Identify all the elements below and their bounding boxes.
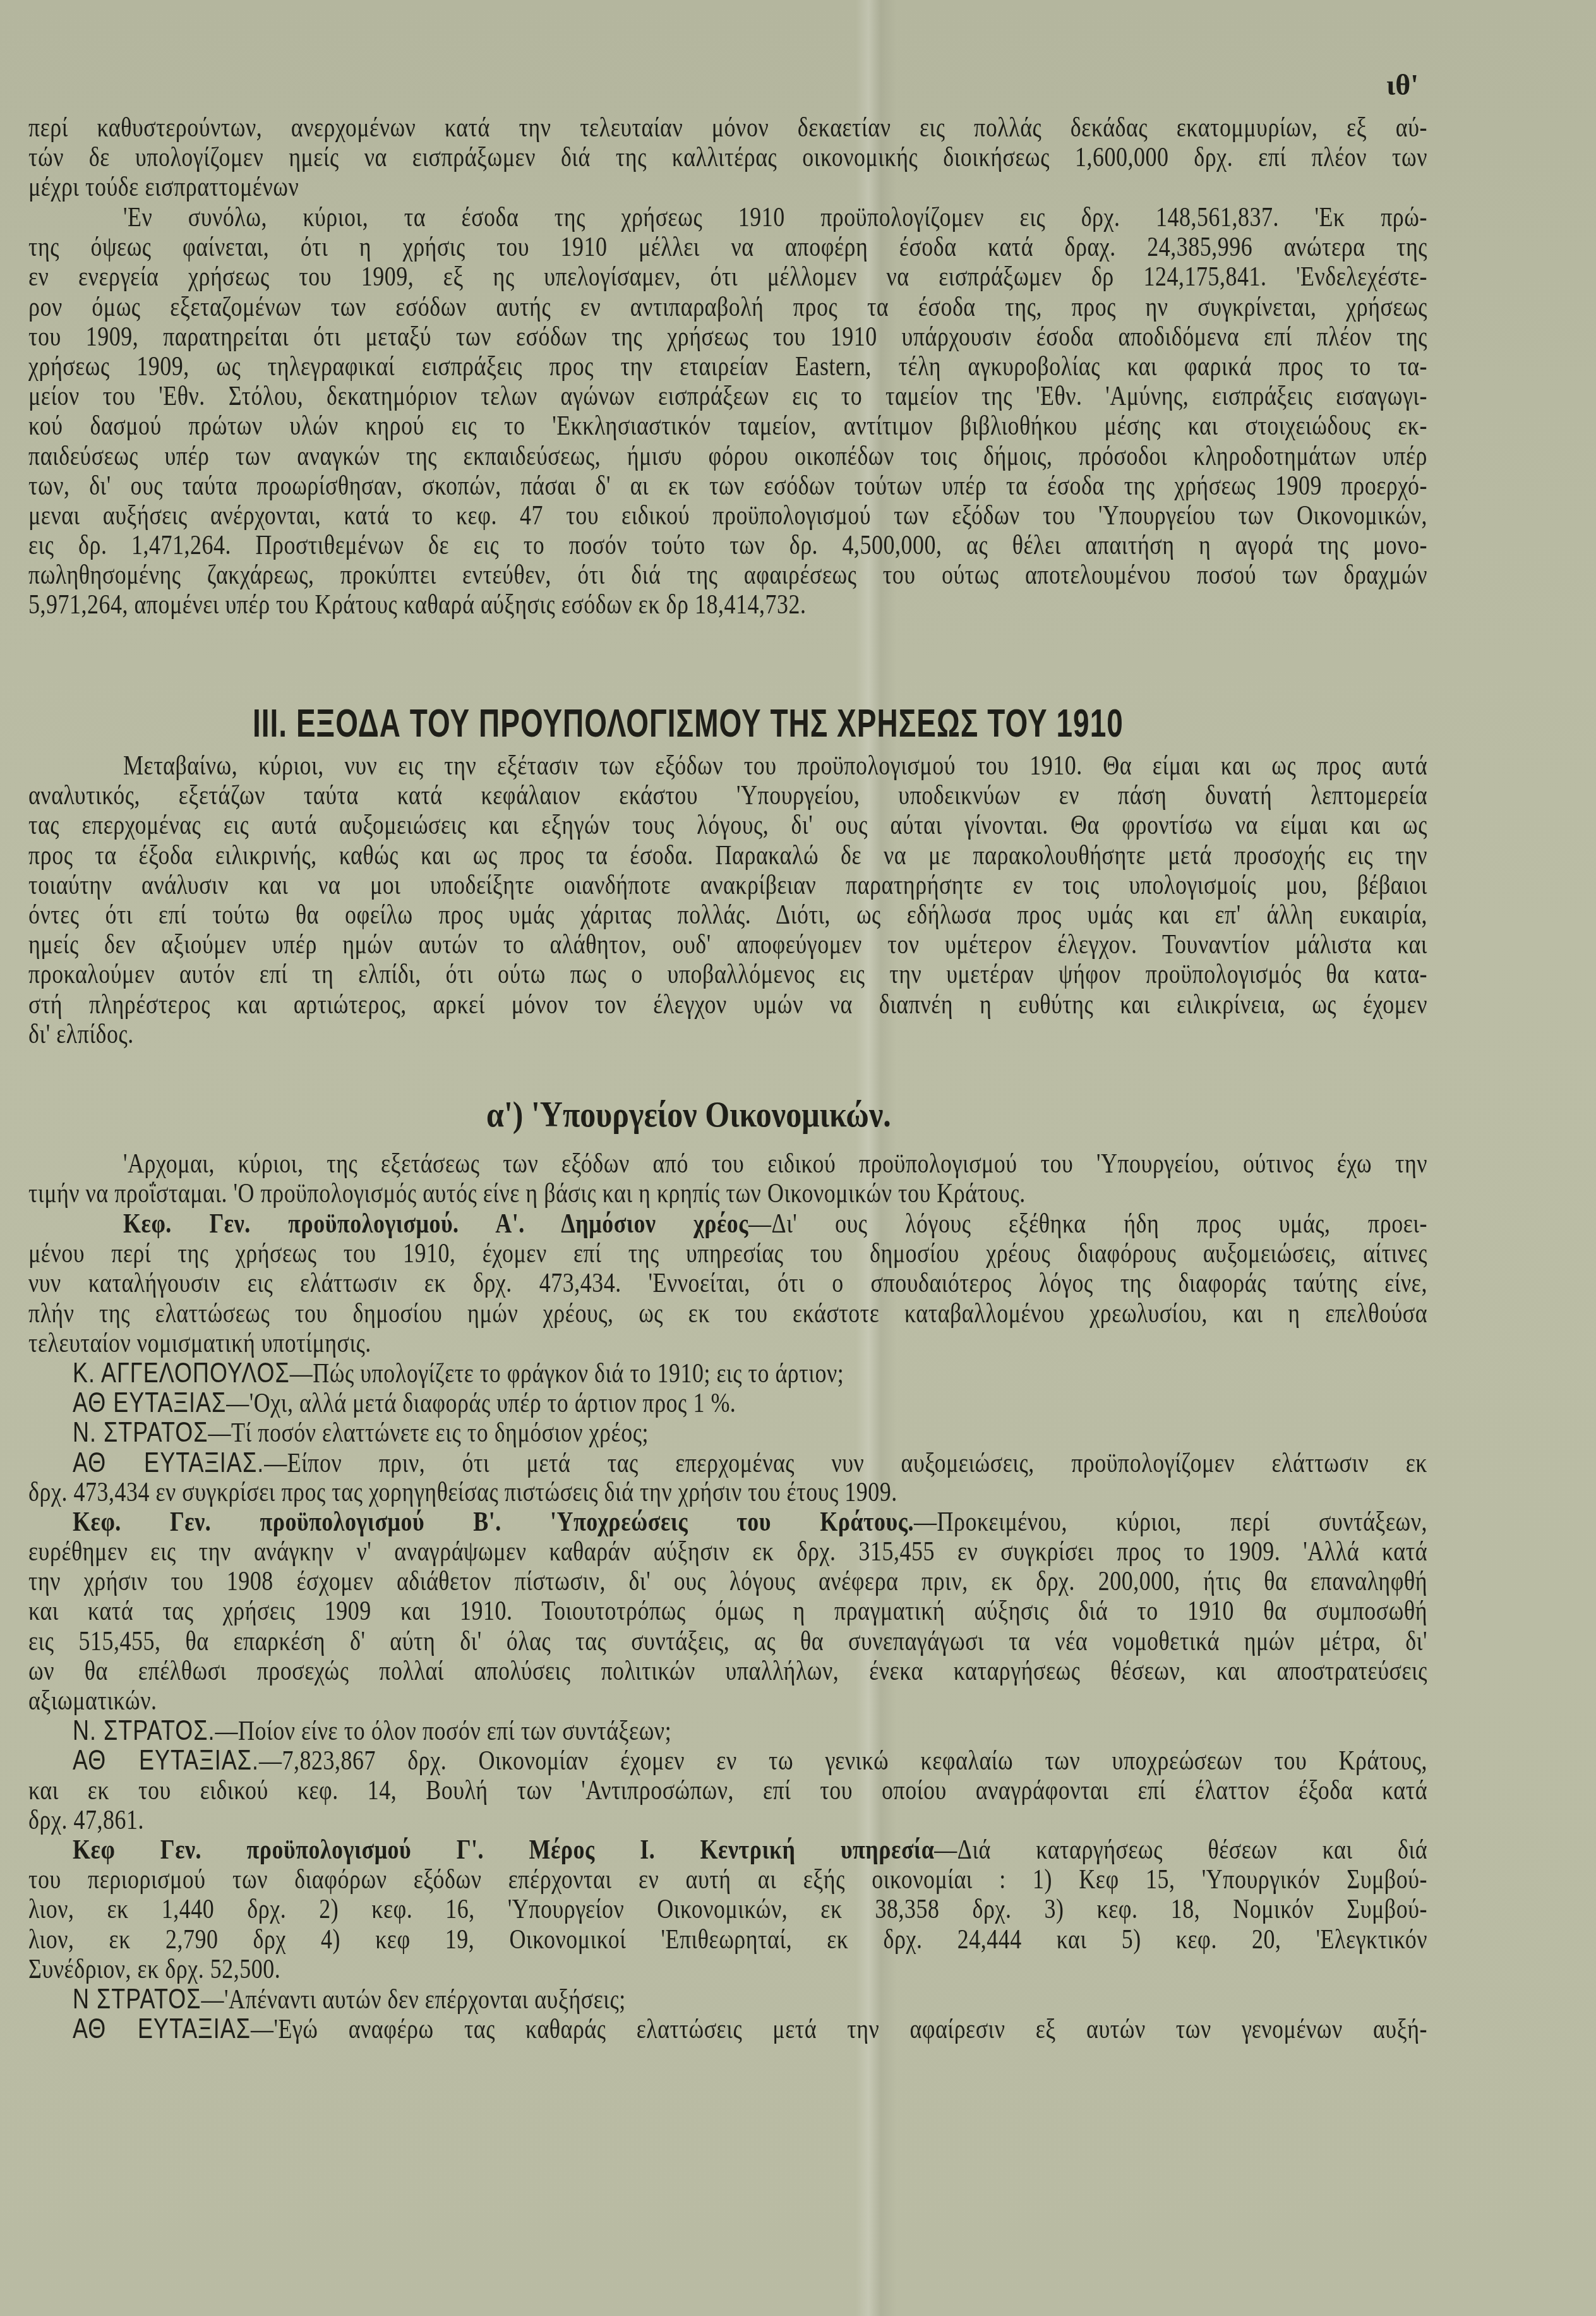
paragraph-continuation: περί καθυστερούντων, ανερχομένων κατά τη… (28, 112, 1427, 202)
subsection-heading-ministry-finance: α') 'Υπουργείον Οικονομικών. (486, 1093, 891, 1135)
paragraph-expenses-intro: Μεταβαίνω, κύριοι, νυν εις την εξέτασιν … (28, 751, 1427, 1049)
page-number: ιθ' (1386, 68, 1419, 102)
dialogue-line: ΑΘ ΕΥΤΑΞΙΑΣ—'Εγώ αναφέρω τας καθαράς ελα… (28, 2010, 1427, 2047)
document-page: ιθ' περί καθυστερούντων, ανερχομένων κατ… (0, 0, 1596, 2316)
text-line: 5,971,264, απομένει υπέρ του Κράτους καθ… (28, 586, 1427, 624)
section-heading-expenses: III. ΕΞΟΔΑ ΤΟΥ ΠΡΟΥΠΟΛΟΓΙΣΜΟΥ ΤΗΣ ΧΡΗΣΕΩ… (253, 700, 1213, 746)
section-public-debt: Κεφ. Γεν. προϋπολογισμού. Α'. Δημόσιον χ… (28, 1209, 1427, 2043)
speaker-name: ΑΘ ΕΥΤΑΞΙΑΣ (73, 2012, 251, 2044)
paragraph-revenue-summary: 'Εν συνόλω, κύριοι, τα έσοδα της χρήσεως… (28, 202, 1427, 620)
text-line: δι' ελπίδος. (28, 1015, 1427, 1052)
speech-text: —'Εγώ αναφέρω τας καθαράς ελαττώσεις μετ… (251, 2013, 1427, 2044)
paragraph-ministry-intro: 'Αρχομαι, κύριοι, της εξετάσεως των εξόδ… (28, 1149, 1427, 1208)
